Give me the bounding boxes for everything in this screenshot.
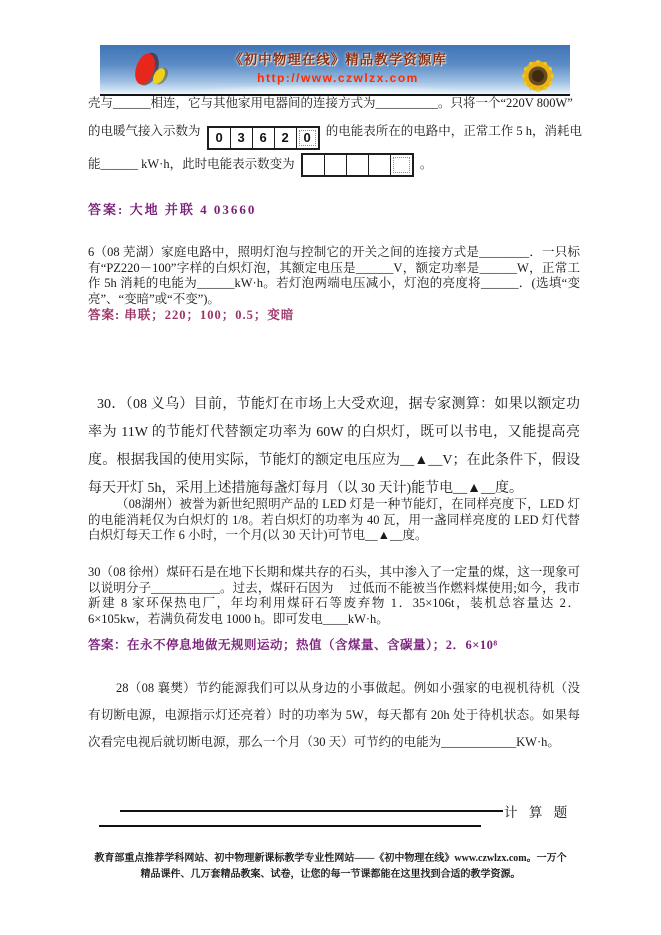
question-meter-line3: 能______ kW·h，此时电能表示数变为 。 <box>88 150 580 178</box>
site-logo-icon <box>126 49 176 93</box>
question-meter-line2: 的电暖气接入示数为 0 3 6 2 0 的电能表所在的电路中，正常工作 5 h，… <box>88 117 580 150</box>
answer-question-30-xuzhou: 答案：在永不停息地做无规则运动；热值（含煤量、含碳量）；2．6×10⁸ <box>88 638 580 654</box>
question-30-xuzhou-text: 30（08 徐州）煤矸石是在地下长期和煤共存的石头，其中渗入了一定量的煤，这一现… <box>88 565 580 627</box>
section-rule-top <box>120 810 503 812</box>
line2-pre-text: 的电暖气接入示数为 <box>88 124 201 138</box>
line3-pre-text: 能______ kW·h，此时电能表示数变为 <box>88 157 295 171</box>
section-label: 计 算 题 <box>504 801 571 821</box>
line2-post-text: 的电能表所在的电路中，正常工作 5 h，消耗电 <box>326 124 582 138</box>
answer-meter-question: 答案: 大地 并联 4 03660 <box>88 199 580 218</box>
energy-meter-initial: 0 3 6 2 0 <box>207 126 320 150</box>
meter-digit: 0 <box>297 128 318 148</box>
question-28-xiangfan: 28（08 襄樊）节约能源我们可以从身边的小事做起。例如小强家的电视机待机（没有… <box>88 675 580 756</box>
question-meter: 壳与______相连，它与其他家用电器间的连接方式为__________。只将一… <box>88 89 580 178</box>
question-30-xuzhou: 30（08 徐州）煤矸石是在地下长期和煤共存的石头，其中渗入了一定量的煤，这一现… <box>88 565 580 654</box>
question-30-yiwu: 30．（08 义乌）目前，节能灯在市场上大受欢迎，据专家测算：如果以额定功率为 … <box>88 391 580 503</box>
question-6-wuhu: 6（08 芜湖）家庭电路中，照明灯泡与控制它的开关之间的连接方式是_______… <box>88 245 580 324</box>
meter-digit-blank <box>325 155 347 175</box>
footer-line-2: 精品课件、几万套精品教案、试卷，让您的每一节课都能在这里找到合适的教学资源。 <box>0 867 661 883</box>
meter-digit-blank <box>369 155 391 175</box>
site-title: 《初中物理在线》精品教学资源库 <box>192 48 484 68</box>
meter-digit: 6 <box>253 128 275 148</box>
banner-text: 《初中物理在线》精品教学资源库 http://www.czwlzx.com <box>192 48 484 85</box>
line3-post-text: 。 <box>420 157 433 171</box>
answer-question-6: 答案: 串联；220；100；0.5；变暗 <box>88 308 580 324</box>
question-30-yiwu-text: 30．（08 义乌）目前，节能灯在市场上大受欢迎，据专家测算：如果以额定功率为 … <box>88 397 580 496</box>
footer-line-1: 教育部重点推荐学科网站、初中物理新课标教学专业性网站——《初中物理在线》www.… <box>0 851 661 867</box>
question-28-xiangfan-text: 28（08 襄樊）节约能源我们可以从身边的小事做起。例如小强家的电视机待机（没有… <box>88 681 580 749</box>
site-url: http://www.czwlzx.com <box>192 71 484 85</box>
question-huzhou-text: （08湖州）被誉为新世纪照明产品的 LED 灯是一种节能灯，在同样亮度下，LED… <box>88 497 580 542</box>
meter-digit: 0 <box>209 128 231 148</box>
meter-digit-blank <box>303 155 325 175</box>
meter-digit: 2 <box>275 128 297 148</box>
energy-meter-final-blank <box>301 153 414 177</box>
meter-digit: 3 <box>231 128 253 148</box>
meter-digit-blank <box>347 155 369 175</box>
question-6-text: 6（08 芜湖）家庭电路中，照明灯泡与控制它的开关之间的连接方式是_______… <box>88 245 580 307</box>
document-page: 《初中物理在线》精品教学资源库 http://www.czwlzx.com <box>0 0 661 935</box>
question-huzhou: （08湖州）被誉为新世纪照明产品的 LED 灯是一种节能灯，在同样亮度下，LED… <box>88 497 580 544</box>
question-meter-line1: 壳与______相连，它与其他家用电器间的连接方式为__________。只将一… <box>88 89 580 117</box>
meter-digit-blank <box>391 155 412 175</box>
section-rule-bottom <box>99 825 481 827</box>
page-footer: 教育部重点推荐学科网站、初中物理新课标教学专业性网站——《初中物理在线》www.… <box>0 851 661 883</box>
